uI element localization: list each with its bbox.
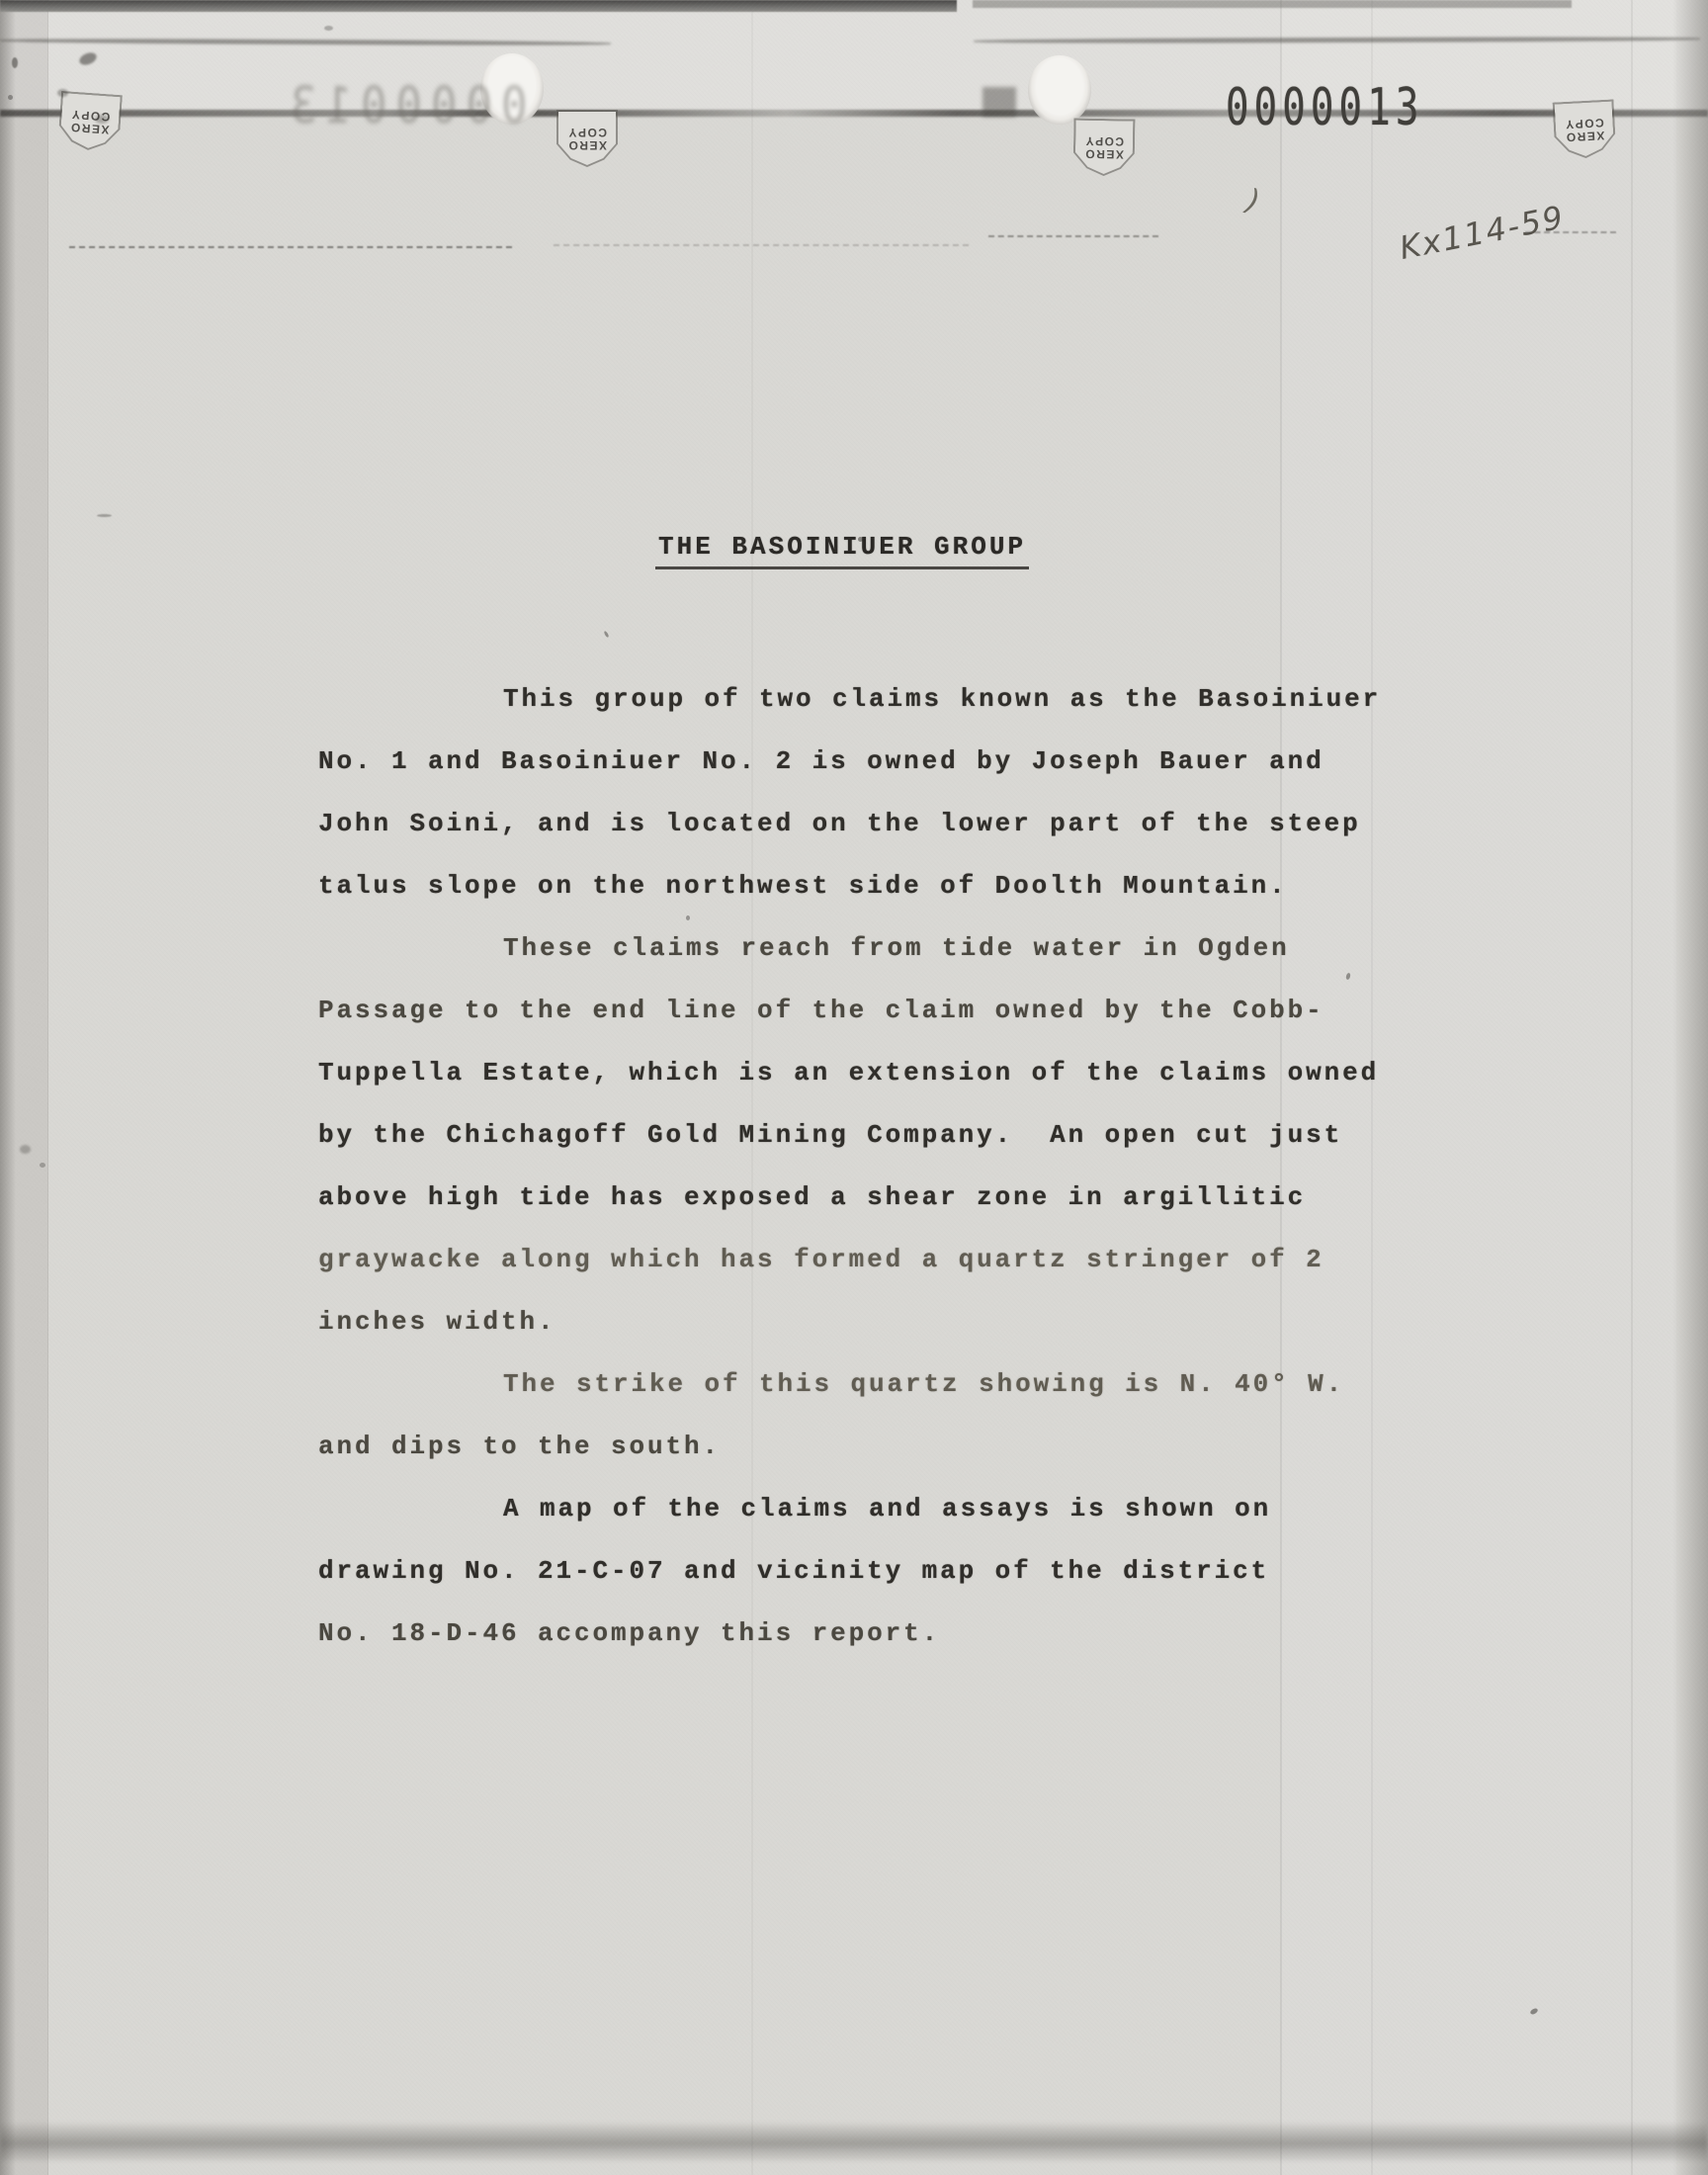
- ink-speck: [324, 26, 333, 31]
- document-body: This group of two claims known as the Ba…: [318, 668, 1406, 1665]
- paper-crease: [1631, 0, 1633, 2175]
- page-edge-shadow: [0, 38, 611, 45]
- text-line: drawing No. 21-C-07 and vicinity map of …: [318, 1540, 1406, 1603]
- tab-line2: COPY: [1084, 134, 1124, 148]
- xero-copy-tab: XERO COPY: [556, 110, 618, 167]
- text-line: graywacke along which has formed a quart…: [318, 1229, 1406, 1291]
- ink-speck: [686, 915, 690, 920]
- xero-copy-label: XERO COPY: [1084, 134, 1124, 161]
- tab-face: XERO COPY: [59, 93, 121, 150]
- page-number-stamp: 0000013: [1226, 77, 1423, 136]
- text-line: by the Chichagoff Gold Mining Company. A…: [318, 1104, 1406, 1167]
- right-edge-shadow: [1672, 0, 1708, 2175]
- xero-copy-label: XERO COPY: [567, 126, 607, 151]
- xero-copy-tab: XERO COPY: [1072, 118, 1135, 176]
- ink-speck: [97, 514, 112, 517]
- ink-speck: [57, 89, 68, 97]
- ink-speck: [8, 95, 13, 100]
- top-edge-bar: [0, 0, 957, 12]
- text-line: The strike of this quartz showing is N. …: [318, 1353, 1406, 1416]
- text-line: No. 18-D-46 accompany this report.: [318, 1603, 1406, 1665]
- page-edge-shadow: [974, 37, 1700, 44]
- faint-rule-segment: [554, 244, 969, 248]
- ink-smudge: [982, 87, 1016, 117]
- ink-speck: [78, 50, 99, 67]
- faint-rule-segment: [1525, 231, 1616, 235]
- text-line: and dips to the south.: [318, 1416, 1406, 1478]
- tab-face: XERO COPY: [1555, 102, 1615, 158]
- text-line: This group of two claims known as the Ba…: [318, 668, 1406, 731]
- tab-line2: COPY: [1564, 116, 1604, 130]
- text-line: No. 1 and Basoiniuer No. 2 is owned by J…: [318, 731, 1406, 793]
- faint-rule-segment: [69, 246, 512, 250]
- xero-copy-label: XERO COPY: [1564, 116, 1604, 143]
- text-line: Passage to the end line of the claim own…: [318, 980, 1406, 1042]
- tab-line2: COPY: [567, 126, 607, 138]
- text-line: inches width.: [318, 1291, 1406, 1353]
- bottom-edge-shadow: [0, 2122, 1708, 2161]
- left-margin-shading: [0, 0, 48, 2175]
- scan-fold-line: [0, 110, 1708, 117]
- pen-squiggle: ): [1243, 183, 1263, 219]
- top-edge-bar: [973, 0, 1572, 8]
- tab-line1: XERO: [1084, 147, 1124, 161]
- document-title: THE BASOINIUER GROUP: [655, 532, 1029, 569]
- ink-speck: [95, 115, 109, 124]
- text-line: These claims reach from tide water in Og…: [318, 917, 1406, 980]
- text-line: talus slope on the northwest side of Doo…: [318, 855, 1406, 917]
- left-edge-shadow: [0, 0, 16, 2175]
- text-line: A map of the claims and assays is shown …: [318, 1478, 1406, 1540]
- ink-speck: [20, 1145, 31, 1154]
- xero-copy-tab: XERO COPY: [1553, 99, 1617, 159]
- xero-copy-tab: XERO COPY: [57, 91, 123, 152]
- ghost-page-number: 0000013: [282, 77, 527, 135]
- tab-face: XERO COPY: [558, 112, 616, 165]
- ink-speck: [603, 631, 609, 639]
- scanned-page: XERO COPY XERO COPY XERO COPY XERO COPY: [0, 0, 1708, 2175]
- text-line: John Soini, and is located on the lower …: [318, 793, 1406, 855]
- ink-speck: [1529, 2007, 1538, 2015]
- paragraph: These claims reach from tide water in Og…: [318, 917, 1406, 1353]
- ink-speck: [40, 1163, 45, 1168]
- tab-face: XERO COPY: [1075, 120, 1134, 174]
- paragraph: This group of two claims known as the Ba…: [318, 668, 1406, 917]
- top-shading: [0, 0, 1708, 110]
- tab-line1: XERO: [567, 138, 607, 151]
- ink-speck: [12, 57, 18, 68]
- paragraph: The strike of this quartz showing is N. …: [318, 1353, 1406, 1478]
- paragraph: A map of the claims and assays is shown …: [318, 1478, 1406, 1665]
- text-line: Tuppella Estate, which is an extension o…: [318, 1042, 1406, 1104]
- punch-hole: [1028, 55, 1091, 125]
- faint-rule-segment: [988, 235, 1158, 239]
- text-line: above high tide has exposed a shear zone…: [318, 1167, 1406, 1229]
- ink-speck: [858, 537, 863, 542]
